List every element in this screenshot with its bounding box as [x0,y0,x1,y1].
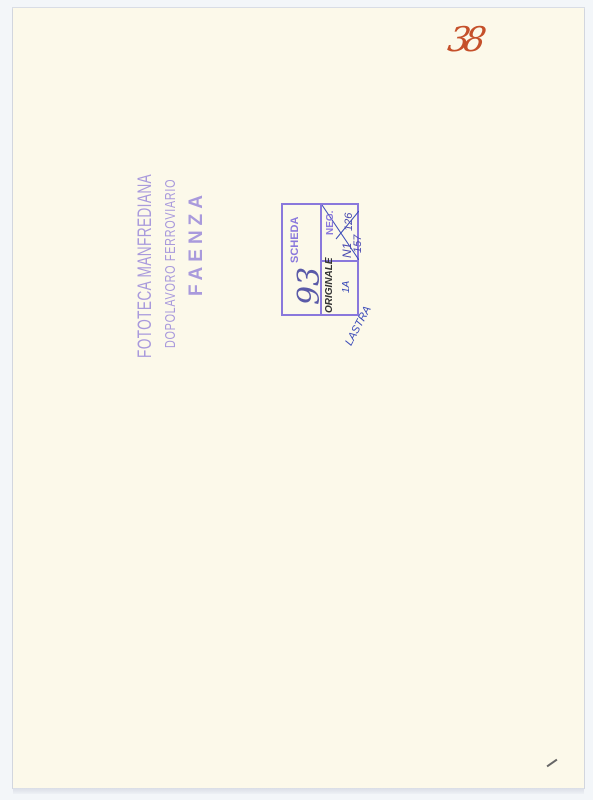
neg-value-top: 126 [343,213,355,231]
institution-stamp-city: FAENZA [186,190,208,296]
neg-value-bottom: 157 [352,235,364,253]
record-stamp-box: SCHEDA 93 NEG. N1 126 157 ORIGINALE 1A [281,203,359,316]
originale-label: ORIGINALE [324,257,335,313]
neg-label: NEG. [325,211,336,235]
institution-stamp-line2: DOPOLAVORO FERROVIARIO [162,179,179,348]
photo-back-paper [13,8,584,788]
paper-edge [13,788,584,794]
scheda-value: 93 [292,267,327,305]
institution-stamp-line1: FOTOTECA MANFREDIANA [135,174,157,358]
scheda-label: SCHEDA [289,217,301,263]
originale-value: 1A [341,281,352,293]
archive-number-handwritten: 38 [444,20,512,65]
